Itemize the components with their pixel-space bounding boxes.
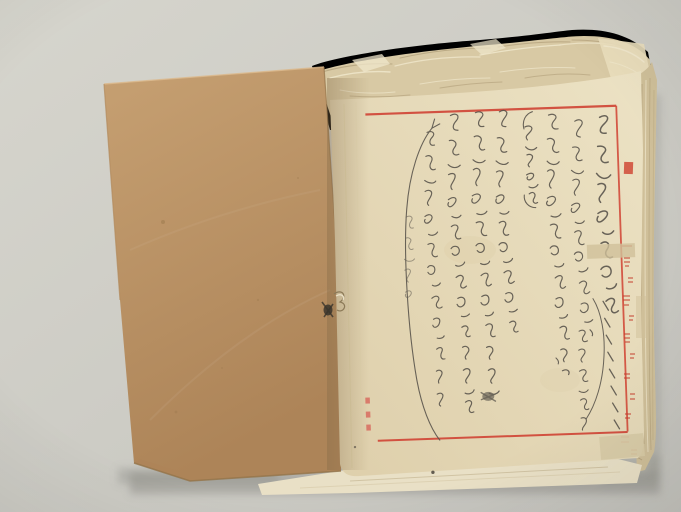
photo-of-open-manuscript: An old Japanese manuscript notebook lyin… bbox=[0, 0, 681, 512]
vignette-overlay bbox=[0, 0, 681, 512]
